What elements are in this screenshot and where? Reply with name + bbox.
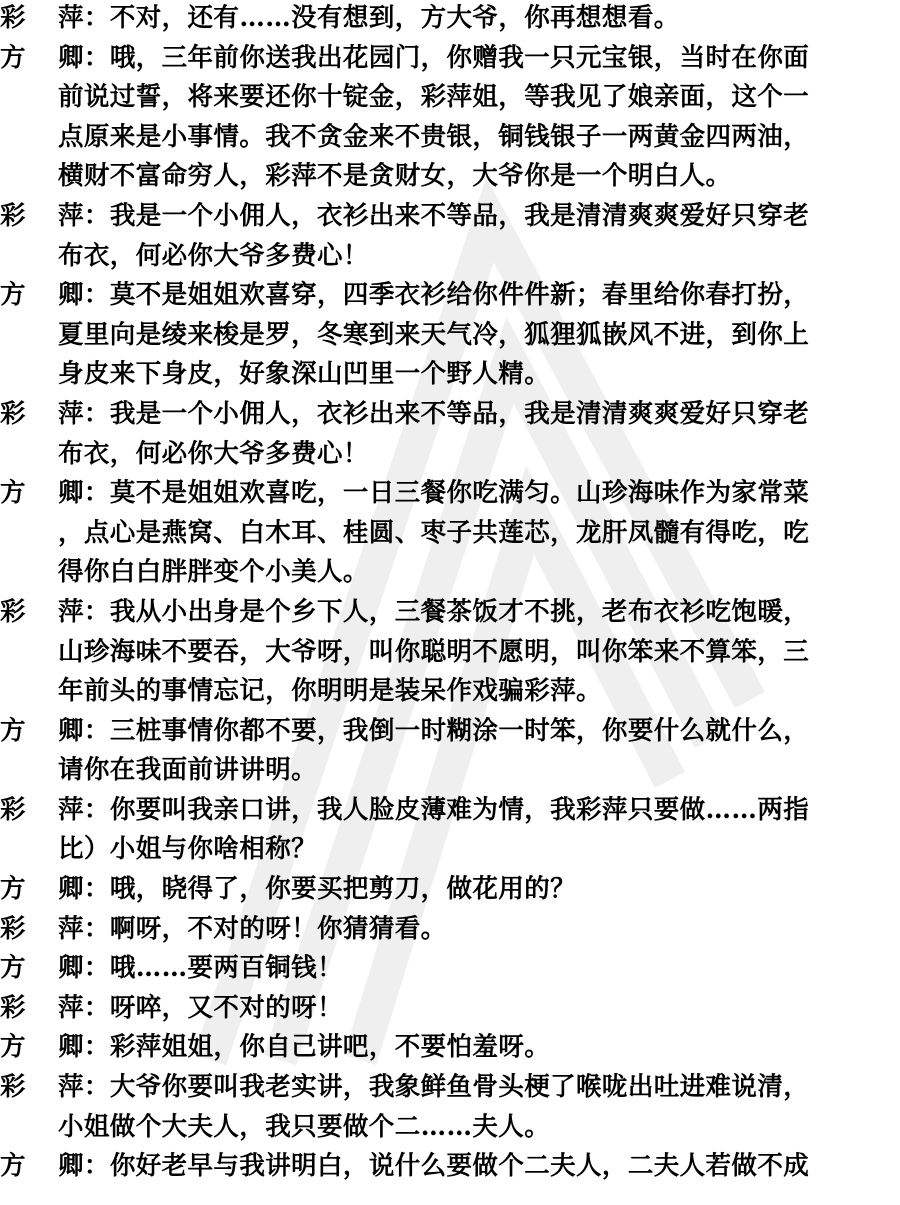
- speaker-char-1: 方: [0, 276, 58, 316]
- speaker-separator: ：: [84, 597, 110, 627]
- turn-body: 萍：呀啐，又不对的呀！: [58, 989, 900, 1029]
- turn-body: 卿：哦……要两百铜钱！: [58, 949, 900, 989]
- speaker-char-1: 彩: [0, 0, 58, 39]
- speaker-char-2: 卿: [58, 1032, 84, 1062]
- dialogue-line: 萍：啊呀，不对的呀！你猜猜看。: [58, 910, 900, 950]
- speaker-separator: ：: [84, 280, 110, 310]
- speaker-label-first-char: 彩: [0, 395, 58, 435]
- dialogue-line: 夏里向是绫来梭是罗，冬寒到来天气冷，狐狸狐嵌风不进，到你上: [58, 316, 900, 356]
- dialogue-turn: 方 卿：哦，晓得了，你要买把剪刀，做花用的？: [0, 870, 900, 910]
- dialogue-text: 前说过誓，将来要还你十锭金，彩萍姐，等我见了娘亲面，这个一: [58, 82, 809, 112]
- dialogue-line: 身皮来下身皮，好象深山凹里一个野人精。: [58, 355, 900, 395]
- speaker-label-first-char: 方: [0, 474, 58, 514]
- dialogue-turn: 彩 萍：呀啐，又不对的呀！: [0, 989, 900, 1029]
- speaker-char-2: 萍: [58, 1072, 84, 1102]
- dialogue-text: 呀啐，又不对的呀！: [110, 993, 343, 1023]
- dialogue-turn: 方 卿：三桩事情你都不要，我倒一时糊涂一时笨，你要什么就什么，请你在我面前讲讲明…: [0, 712, 900, 791]
- dialogue-line: 萍：大爷你要叫我老实讲，我象鲜鱼骨头梗了喉咙出吐进难说清，: [58, 1068, 900, 1108]
- dialogue-turn: 方 卿：你好老早与我讲明白，说什么要做个二夫人，二夫人若做不成: [0, 1147, 900, 1187]
- dialogue-text: 夏里向是绫来梭是罗，冬寒到来天气冷，狐狸狐嵌风不进，到你上: [58, 320, 809, 350]
- turn-lines: 卿：三桩事情你都不要，我倒一时糊涂一时笨，你要什么就什么，请你在我面前讲讲明。: [58, 712, 900, 791]
- dialogue-text: 你好老早与我讲明白，说什么要做个二夫人，二夫人若做不成: [110, 1151, 809, 1181]
- turn-lines: 卿：莫不是姐姐欢喜穿，四季衣衫给你件件新；春里给你春打扮，夏里向是绫来梭是罗，冬…: [58, 276, 900, 395]
- dialogue-line: 请你在我面前讲讲明。: [58, 751, 900, 791]
- turn-lines: 卿：哦，三年前你送我出花园门，你赠我一只元宝银，当时在你面前说过誓，将来要还你十…: [58, 39, 900, 197]
- speaker-separator: ：: [84, 3, 110, 33]
- speaker-char-1: 方: [0, 1147, 58, 1187]
- dialogue-line: 卿：哦……要两百铜钱！: [58, 949, 900, 989]
- dialogue-line: 小姐做个大夫人，我只要做个二……夫人。: [58, 1108, 900, 1148]
- dialogue-text: 哦，晓得了，你要买把剪刀，做花用的？: [110, 874, 576, 904]
- speaker-label-first-char: 彩: [0, 593, 58, 633]
- dialogue-line: 卿：莫不是姐姐欢喜吃，一日三餐你吃满匀。山珍海味作为家常菜: [58, 474, 900, 514]
- dialogue-text: 哦，三年前你送我出花园门，你赠我一只元宝银，当时在你面: [110, 43, 809, 73]
- speaker-separator: ：: [84, 993, 110, 1023]
- dialogue-turn: 方 卿：哦……要两百铜钱！: [0, 949, 900, 989]
- dialogue-turn: 彩 萍：我是一个小佣人，衣衫出来不等品，我是清清爽爽爱好只穿老布衣，何必你大爷多…: [0, 395, 900, 474]
- dialogue-turn: 彩 萍：你要叫我亲口讲，我人脸皮薄难为情，我彩萍只要做……两指比）小姐与你啥相称…: [0, 791, 900, 870]
- speaker-separator: ：: [84, 795, 110, 825]
- dialogue-line: 卿：彩萍姐姐，你自己讲吧，不要怕羞呀。: [58, 1028, 900, 1068]
- speaker-label-first-char: 彩: [0, 791, 58, 831]
- dialogue-line: 卿：哦，三年前你送我出花园门，你赠我一只元宝银，当时在你面: [58, 39, 900, 79]
- speaker-char-2: 卿: [58, 874, 84, 904]
- dialogue-line: 萍：我是一个小佣人，衣衫出来不等品，我是清清爽爽爱好只穿老: [58, 197, 900, 237]
- speaker-label-first-char: 方: [0, 39, 58, 79]
- dialogue-line: 年前头的事情忘记，你明明是装呆作戏骗彩萍。: [58, 672, 900, 712]
- turn-lines: 卿：哦……要两百铜钱！: [58, 949, 900, 989]
- turn-body: 卿：哦，三年前你送我出花园门，你赠我一只元宝银，当时在你面前说过誓，将来要还你十…: [58, 39, 900, 197]
- dialogue-text: 啊呀，不对的呀！你猜猜看。: [110, 914, 447, 944]
- speaker-label-first-char: 方: [0, 712, 58, 752]
- turn-body: 萍：大爷你要叫我老实讲，我象鲜鱼骨头梗了喉咙出吐进难说清，小姐做个大夫人，我只要…: [58, 1068, 900, 1147]
- dialogue-text: 我是一个小佣人，衣衫出来不等品，我是清清爽爽爱好只穿老: [110, 201, 809, 231]
- speaker-char-1: 彩: [0, 989, 58, 1029]
- speaker-char-2: 卿: [58, 478, 84, 508]
- dialogue-text: 横财不富命穷人，彩萍不是贪财女，大爷你是一个明白人。: [58, 161, 731, 191]
- speaker-char-1: 彩: [0, 1068, 58, 1108]
- dialogue-turn: 彩 萍：啊呀，不对的呀！你猜猜看。: [0, 910, 900, 950]
- turn-body: 卿：你好老早与我讲明白，说什么要做个二夫人，二夫人若做不成: [58, 1147, 900, 1187]
- speaker-char-1: 方: [0, 712, 58, 752]
- dialogue-text: 点原来是小事情。我不贪金来不贵银，铜钱银子一两黄金四两油，: [58, 122, 809, 152]
- speaker-label-first-char: 方: [0, 1028, 58, 1068]
- dialogue-line: 卿：三桩事情你都不要，我倒一时糊涂一时笨，你要什么就什么，: [58, 712, 900, 752]
- dialogue-text: 大爷你要叫我老实讲，我象鲜鱼骨头梗了喉咙出吐进难说清，: [110, 1072, 809, 1102]
- dialogue-text: 得你白白胖胖变个小美人。: [58, 557, 369, 587]
- dialogue-text: 布衣，何必你大爷多费心！: [58, 439, 369, 469]
- dialogue-line: 萍：我从小出身是个乡下人，三餐茶饭才不挑，老布衣衫吃饱暖，: [58, 593, 900, 633]
- speaker-char-2: 卿: [58, 280, 84, 310]
- speaker-label-first-char: 彩: [0, 989, 58, 1029]
- dialogue-line: 萍：不对，还有……没有想到，方大爷，你再想想看。: [58, 0, 900, 39]
- speaker-separator: ：: [84, 953, 110, 983]
- speaker-char-1: 彩: [0, 593, 58, 633]
- turn-lines: 萍：呀啐，又不对的呀！: [58, 989, 900, 1029]
- speaker-char-2: 卿: [58, 953, 84, 983]
- speaker-label-first-char: 方: [0, 1147, 58, 1187]
- dialogue-text: 三桩事情你都不要，我倒一时糊涂一时笨，你要什么就什么，: [110, 716, 809, 746]
- dialogue-turn: 彩 萍：我从小出身是个乡下人，三餐茶饭才不挑，老布衣衫吃饱暖，山珍海味不要吞，大…: [0, 593, 900, 712]
- turn-body: 萍：我是一个小佣人，衣衫出来不等品，我是清清爽爽爱好只穿老布衣，何必你大爷多费心…: [58, 197, 900, 276]
- turn-body: 萍：不对，还有……没有想到，方大爷，你再想想看。: [58, 0, 900, 39]
- speaker-char-1: 方: [0, 474, 58, 514]
- turn-lines: 萍：我是一个小佣人，衣衫出来不等品，我是清清爽爽爱好只穿老布衣，何必你大爷多费心…: [58, 197, 900, 276]
- dialogue-text: 小姐做个大夫人，我只要做个二……夫人。: [58, 1112, 550, 1142]
- speaker-label-first-char: 彩: [0, 197, 58, 237]
- speaker-char-2: 卿: [58, 716, 84, 746]
- turn-lines: 卿：彩萍姐姐，你自己讲吧，不要怕羞呀。: [58, 1028, 900, 1068]
- dialogue-turn: 方 卿：莫不是姐姐欢喜穿，四季衣衫给你件件新；春里给你春打扮，夏里向是绫来梭是罗…: [0, 276, 900, 395]
- dialogue-line: 点原来是小事情。我不贪金来不贵银，铜钱银子一两黄金四两油，: [58, 118, 900, 158]
- speaker-char-2: 萍: [58, 795, 84, 825]
- dialogue-text: 彩萍姐姐，你自己讲吧，不要怕羞呀。: [110, 1032, 550, 1062]
- dialogue-text: 莫不是姐姐欢喜穿，四季衣衫给你件件新；春里给你春打扮，: [110, 280, 809, 310]
- dialogue-text: 布衣，何必你大爷多费心！: [58, 241, 369, 271]
- dialogue-line: 卿：莫不是姐姐欢喜穿，四季衣衫给你件件新；春里给你春打扮，: [58, 276, 900, 316]
- dialogue-turn: 方 卿：彩萍姐姐，你自己讲吧，不要怕羞呀。: [0, 1028, 900, 1068]
- speaker-separator: ：: [84, 399, 110, 429]
- dialogue-turn: 彩 萍：我是一个小佣人，衣衫出来不等品，我是清清爽爽爱好只穿老布衣，何必你大爷多…: [0, 197, 900, 276]
- speaker-char-2: 萍: [58, 3, 84, 33]
- turn-body: 卿：三桩事情你都不要，我倒一时糊涂一时笨，你要什么就什么，请你在我面前讲讲明。: [58, 712, 900, 791]
- dialogue-text: 莫不是姐姐欢喜吃，一日三餐你吃满匀。山珍海味作为家常菜: [110, 478, 809, 508]
- speaker-char-1: 彩: [0, 791, 58, 831]
- speaker-separator: ：: [84, 1032, 110, 1062]
- script-document: 彩 萍：不对，还有……没有想到，方大爷，你再想想看。 方 卿：哦，三年前你送我出…: [0, 0, 900, 1187]
- dialogue-text: 身皮来下身皮，好象深山凹里一个野人精。: [58, 359, 550, 389]
- turn-body: 卿：哦，晓得了，你要买把剪刀，做花用的？: [58, 870, 900, 910]
- speaker-label-first-char: 彩: [0, 0, 58, 39]
- turn-lines: 萍：大爷你要叫我老实讲，我象鲜鱼骨头梗了喉咙出吐进难说清，小姐做个大夫人，我只要…: [58, 1068, 900, 1147]
- turn-body: 萍：我是一个小佣人，衣衫出来不等品，我是清清爽爽爱好只穿老布衣，何必你大爷多费心…: [58, 395, 900, 474]
- dialogue-line: ，点心是燕窝、白木耳、桂圆、枣子共莲芯，龙肝凤髓有得吃，吃: [58, 514, 900, 554]
- dialogue-text: 请你在我面前讲讲明。: [58, 755, 317, 785]
- speaker-char-1: 彩: [0, 910, 58, 950]
- speaker-label-first-char: 方: [0, 276, 58, 316]
- dialogue-text: 我从小出身是个乡下人，三餐茶饭才不挑，老布衣衫吃饱暖，: [110, 597, 809, 627]
- turn-lines: 卿：哦，晓得了，你要买把剪刀，做花用的？: [58, 870, 900, 910]
- dialogue-text: 哦……要两百铜钱！: [110, 953, 343, 983]
- speaker-label-first-char: 方: [0, 870, 58, 910]
- dialogue-text: ，点心是燕窝、白木耳、桂圆、枣子共莲芯，龙肝凤髓有得吃，吃: [58, 518, 809, 548]
- speaker-separator: ：: [84, 716, 110, 746]
- dialogue-turn: 彩 萍：大爷你要叫我老实讲，我象鲜鱼骨头梗了喉咙出吐进难说清，小姐做个大夫人，我…: [0, 1068, 900, 1147]
- dialogue-text: 你要叫我亲口讲，我人脸皮薄难为情，我彩萍只要做……两指: [110, 795, 809, 825]
- turn-body: 萍：你要叫我亲口讲，我人脸皮薄难为情，我彩萍只要做……两指比）小姐与你啥相称？: [58, 791, 900, 870]
- dialogue-line: 萍：我是一个小佣人，衣衫出来不等品，我是清清爽爽爱好只穿老: [58, 395, 900, 435]
- speaker-char-1: 方: [0, 1028, 58, 1068]
- speaker-char-2: 卿: [58, 1151, 84, 1181]
- dialogue-text: 山珍海味不要吞，大爷呀，叫你聪明不愿明，叫你笨来不算笨，三: [58, 637, 809, 667]
- dialogue-line: 卿：哦，晓得了，你要买把剪刀，做花用的？: [58, 870, 900, 910]
- dialogue-line: 萍：你要叫我亲口讲，我人脸皮薄难为情，我彩萍只要做……两指: [58, 791, 900, 831]
- dialogue-line: 得你白白胖胖变个小美人。: [58, 553, 900, 593]
- dialogue-text: 年前头的事情忘记，你明明是装呆作戏骗彩萍。: [58, 676, 602, 706]
- turn-body: 萍：啊呀，不对的呀！你猜猜看。: [58, 910, 900, 950]
- dialogue-line: 前说过誓，将来要还你十锭金，彩萍姐，等我见了娘亲面，这个一: [58, 78, 900, 118]
- speaker-separator: ：: [84, 201, 110, 231]
- speaker-char-1: 方: [0, 870, 58, 910]
- speaker-char-2: 萍: [58, 399, 84, 429]
- speaker-char-2: 萍: [58, 597, 84, 627]
- speaker-char-2: 卿: [58, 43, 84, 73]
- speaker-char-1: 彩: [0, 197, 58, 237]
- turn-lines: 萍：我从小出身是个乡下人，三餐茶饭才不挑，老布衣衫吃饱暖，山珍海味不要吞，大爷呀…: [58, 593, 900, 712]
- speaker-separator: ：: [84, 478, 110, 508]
- turn-lines: 萍：你要叫我亲口讲，我人脸皮薄难为情，我彩萍只要做……两指比）小姐与你啥相称？: [58, 791, 900, 870]
- speaker-char-1: 方: [0, 39, 58, 79]
- dialogue-line: 布衣，何必你大爷多费心！: [58, 237, 900, 277]
- dialogue-line: 萍：呀啐，又不对的呀！: [58, 989, 900, 1029]
- turn-body: 卿：莫不是姐姐欢喜穿，四季衣衫给你件件新；春里给你春打扮，夏里向是绫来梭是罗，冬…: [58, 276, 900, 395]
- speaker-separator: ：: [84, 874, 110, 904]
- turn-lines: 卿：你好老早与我讲明白，说什么要做个二夫人，二夫人若做不成: [58, 1147, 900, 1187]
- speaker-separator: ：: [84, 43, 110, 73]
- speaker-label-first-char: 彩: [0, 1068, 58, 1108]
- speaker-char-2: 萍: [58, 201, 84, 231]
- speaker-separator: ：: [84, 914, 110, 944]
- speaker-separator: ：: [84, 1072, 110, 1102]
- speaker-char-1: 彩: [0, 395, 58, 435]
- dialogue-text: 我是一个小佣人，衣衫出来不等品，我是清清爽爽爱好只穿老: [110, 399, 809, 429]
- turn-body: 卿：莫不是姐姐欢喜吃，一日三餐你吃满匀。山珍海味作为家常菜，点心是燕窝、白木耳、…: [58, 474, 900, 593]
- turn-body: 卿：彩萍姐姐，你自己讲吧，不要怕羞呀。: [58, 1028, 900, 1068]
- dialogue-text: 比）小姐与你啥相称？: [58, 834, 317, 864]
- speaker-char-1: 方: [0, 949, 58, 989]
- dialogue-turn: 方 卿：哦，三年前你送我出花园门，你赠我一只元宝银，当时在你面前说过誓，将来要还…: [0, 39, 900, 197]
- dialogue-text: 不对，还有……没有想到，方大爷，你再想想看。: [110, 3, 680, 33]
- dialogue-line: 横财不富命穷人，彩萍不是贪财女，大爷你是一个明白人。: [58, 157, 900, 197]
- dialogue-line: 山珍海味不要吞，大爷呀，叫你聪明不愿明，叫你笨来不算笨，三: [58, 633, 900, 673]
- dialogue-line: 布衣，何必你大爷多费心！: [58, 435, 900, 475]
- speaker-label-first-char: 彩: [0, 910, 58, 950]
- speaker-char-2: 萍: [58, 993, 84, 1023]
- turn-lines: 卿：莫不是姐姐欢喜吃，一日三餐你吃满匀。山珍海味作为家常菜，点心是燕窝、白木耳、…: [58, 474, 900, 593]
- turn-body: 萍：我从小出身是个乡下人，三餐茶饭才不挑，老布衣衫吃饱暖，山珍海味不要吞，大爷呀…: [58, 593, 900, 712]
- turn-lines: 萍：啊呀，不对的呀！你猜猜看。: [58, 910, 900, 950]
- dialogue-turn: 方 卿：莫不是姐姐欢喜吃，一日三餐你吃满匀。山珍海味作为家常菜，点心是燕窝、白木…: [0, 474, 900, 593]
- speaker-char-2: 萍: [58, 914, 84, 944]
- turn-lines: 萍：不对，还有……没有想到，方大爷，你再想想看。: [58, 0, 900, 39]
- dialogue-line: 比）小姐与你啥相称？: [58, 830, 900, 870]
- dialogue-turn: 彩 萍：不对，还有……没有想到，方大爷，你再想想看。: [0, 0, 900, 39]
- speaker-separator: ：: [84, 1151, 110, 1181]
- speaker-label-first-char: 方: [0, 949, 58, 989]
- dialogue-line: 卿：你好老早与我讲明白，说什么要做个二夫人，二夫人若做不成: [58, 1147, 900, 1187]
- turn-lines: 萍：我是一个小佣人，衣衫出来不等品，我是清清爽爽爱好只穿老布衣，何必你大爷多费心…: [58, 395, 900, 474]
